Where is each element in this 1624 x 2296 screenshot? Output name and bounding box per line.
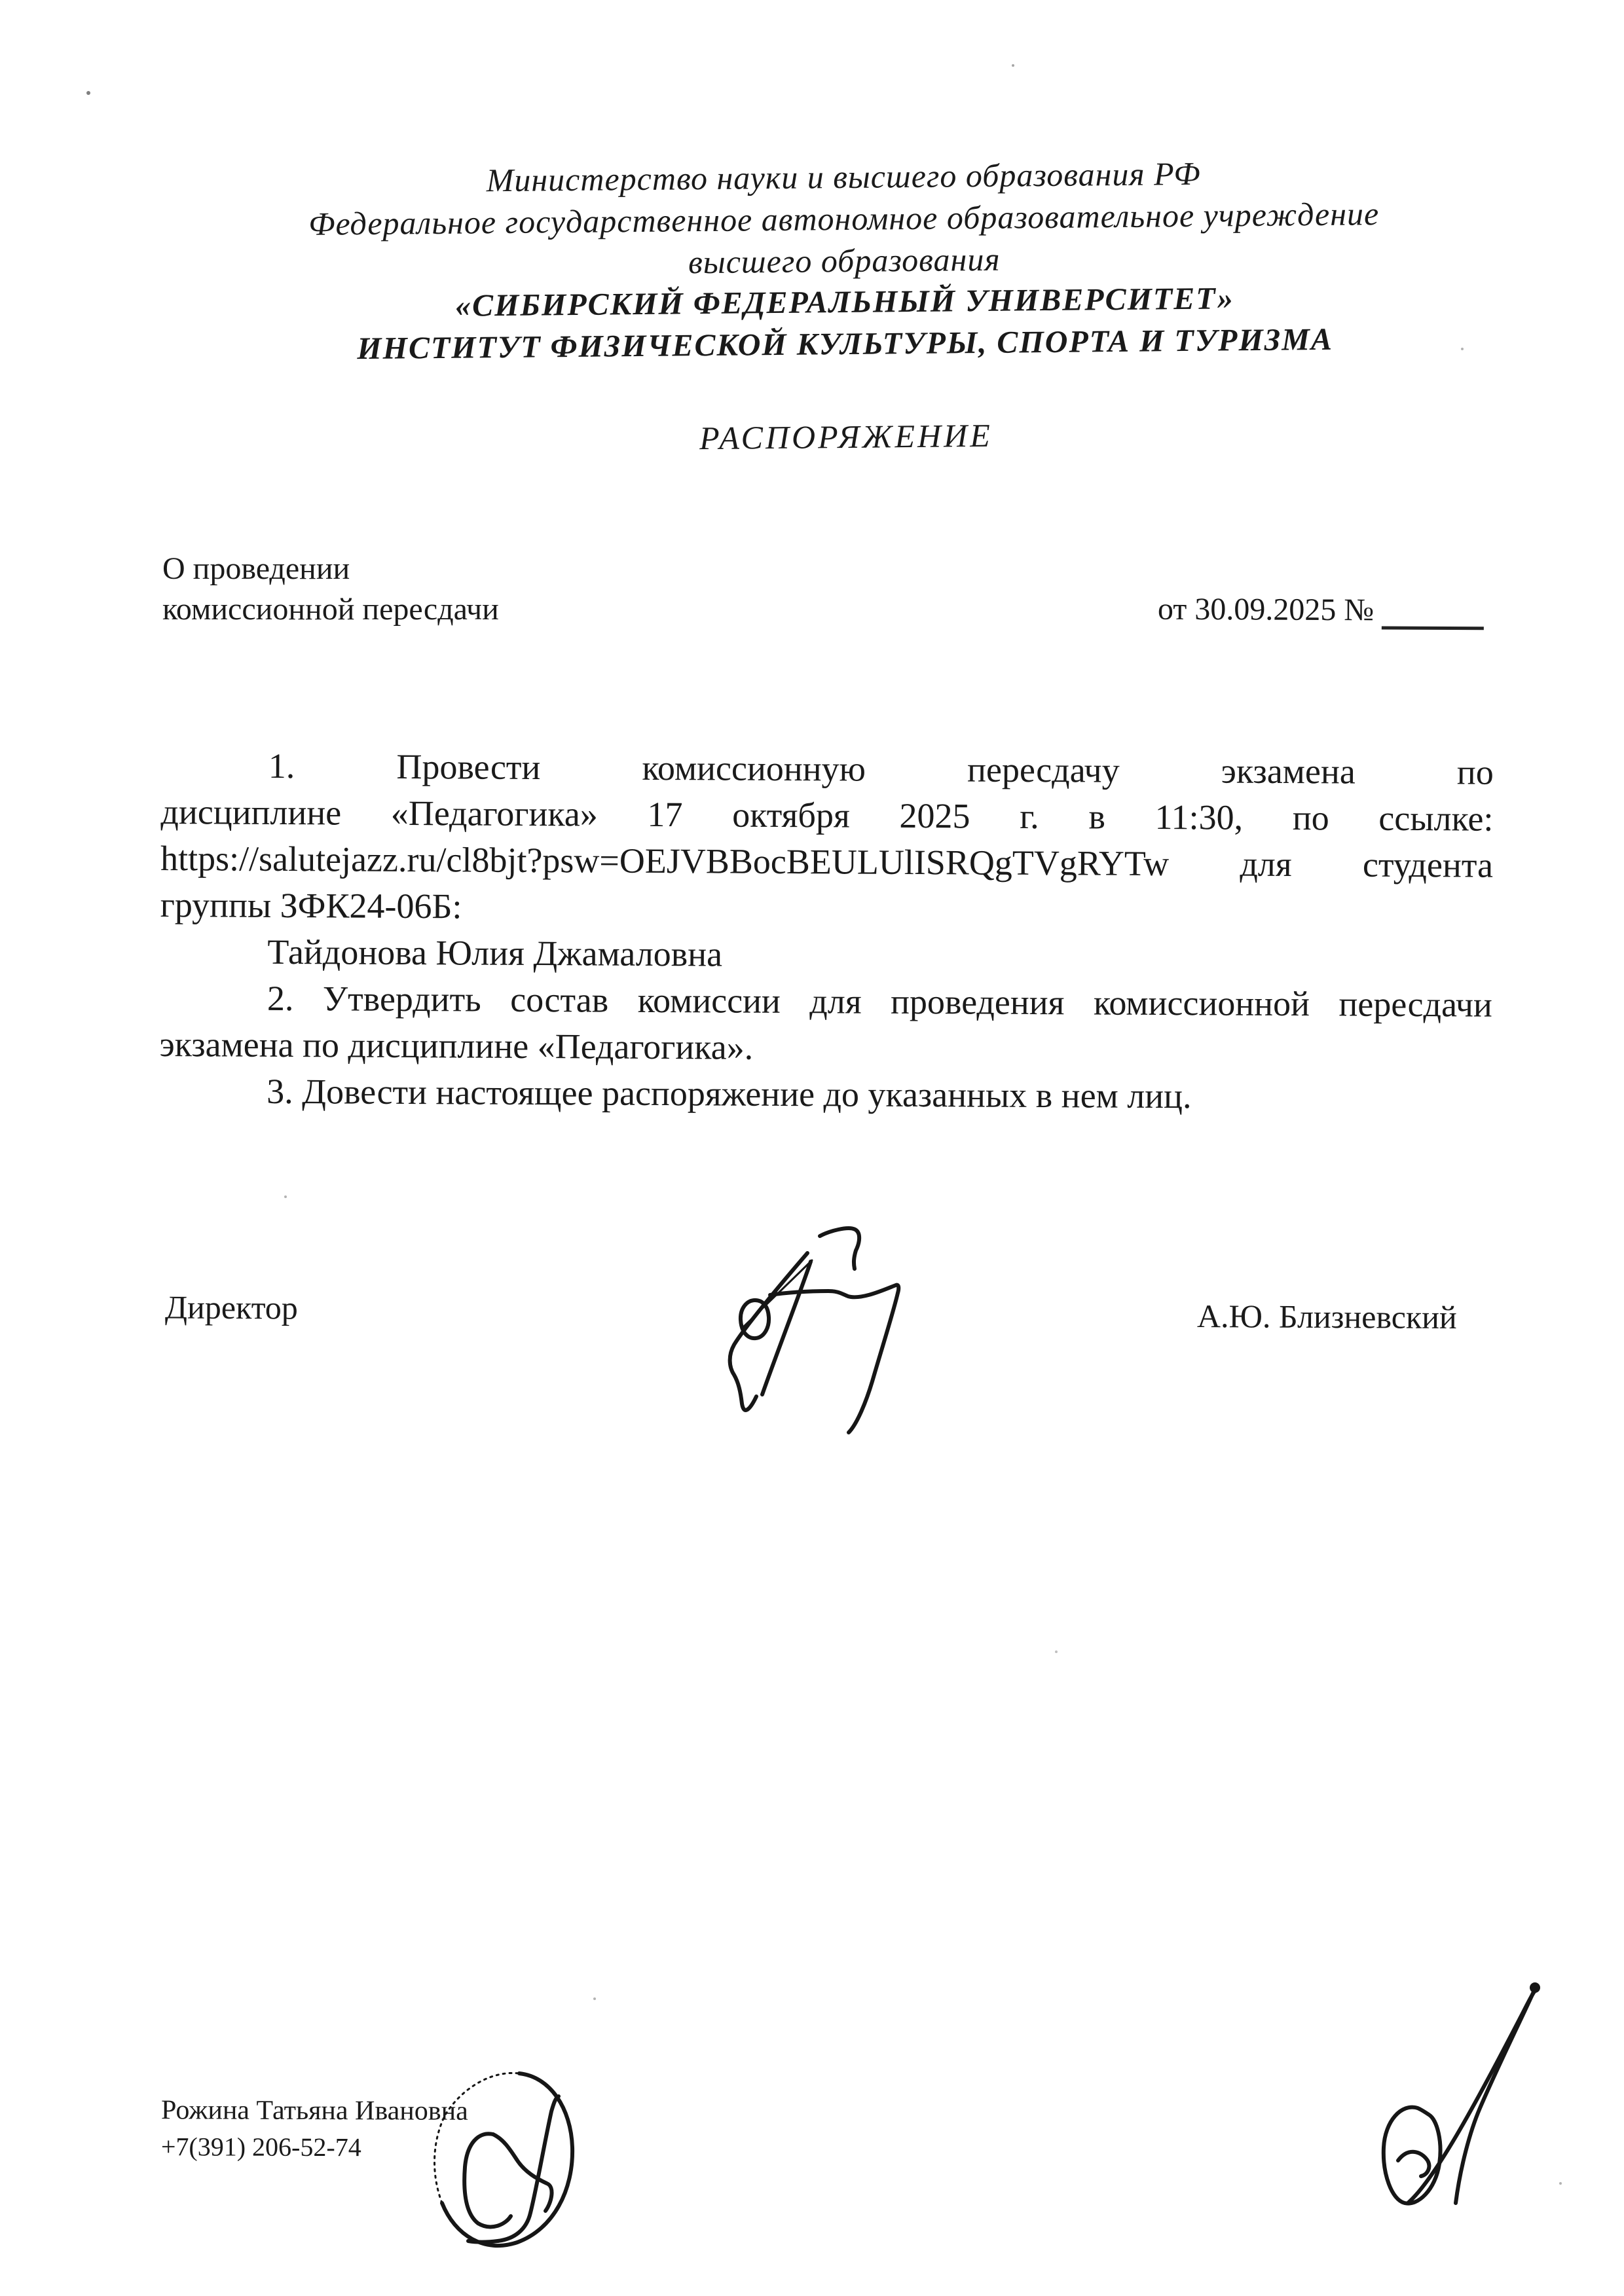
date-number-line: от 30.09.2025 № [1158, 591, 1484, 630]
contact-name: Рожина Татьяна Ивановна [161, 2092, 468, 2130]
order-body: 1. Провести комиссионную пересдачу экзам… [159, 742, 1494, 1121]
scan-noise [0, 0, 3, 3]
item2-line2: экзамена по дисциплине «Педагогика». [159, 1021, 1492, 1075]
date-number-text: от 30.09.2025 № [1158, 592, 1374, 628]
subject-block: О проведении комиссионной пересдачи [162, 549, 499, 630]
number-blank-line [1382, 600, 1484, 630]
item1-line1: 1. Провести комиссионную пересдачу экзам… [161, 742, 1494, 796]
document-type-title: РАСПОРЯЖЕНИЕ [283, 412, 1409, 462]
student-name: Тайдонова Юлия Джамаловна [160, 928, 1492, 982]
contact-block: Рожина Татьяна Ивановна +7(391) 206-52-7… [161, 2092, 468, 2166]
item1-line2: дисциплине «Педагогика» 17 октября 2025 … [160, 789, 1493, 843]
signer-position: Директор [165, 1288, 298, 1326]
item3-line: 3. Довести настоящее распоряжение до ука… [159, 1068, 1492, 1121]
contact-phone: +7(391) 206-52-74 [161, 2128, 468, 2166]
approval-signature [1277, 1931, 1604, 2259]
signer-name: А.Ю. Близневский [1197, 1297, 1457, 1336]
subject-line-1: О проведении [162, 549, 499, 589]
subject-line-2: комиссионной пересдачи [162, 589, 499, 630]
group-line: группы ЗФК24-06Б: [160, 882, 1493, 936]
meeting-link: https://salutejazz.ru/cl8bjt?psw=OEJVBBo… [160, 835, 1493, 889]
scanned-order-page: Министерство науки и высшего образования… [0, 0, 1624, 2296]
director-signature [707, 1198, 969, 1480]
letterhead: Министерство науки и высшего образования… [280, 151, 1409, 461]
item2-line1: 2. Утвердить состав комиссии для проведе… [160, 975, 1492, 1029]
